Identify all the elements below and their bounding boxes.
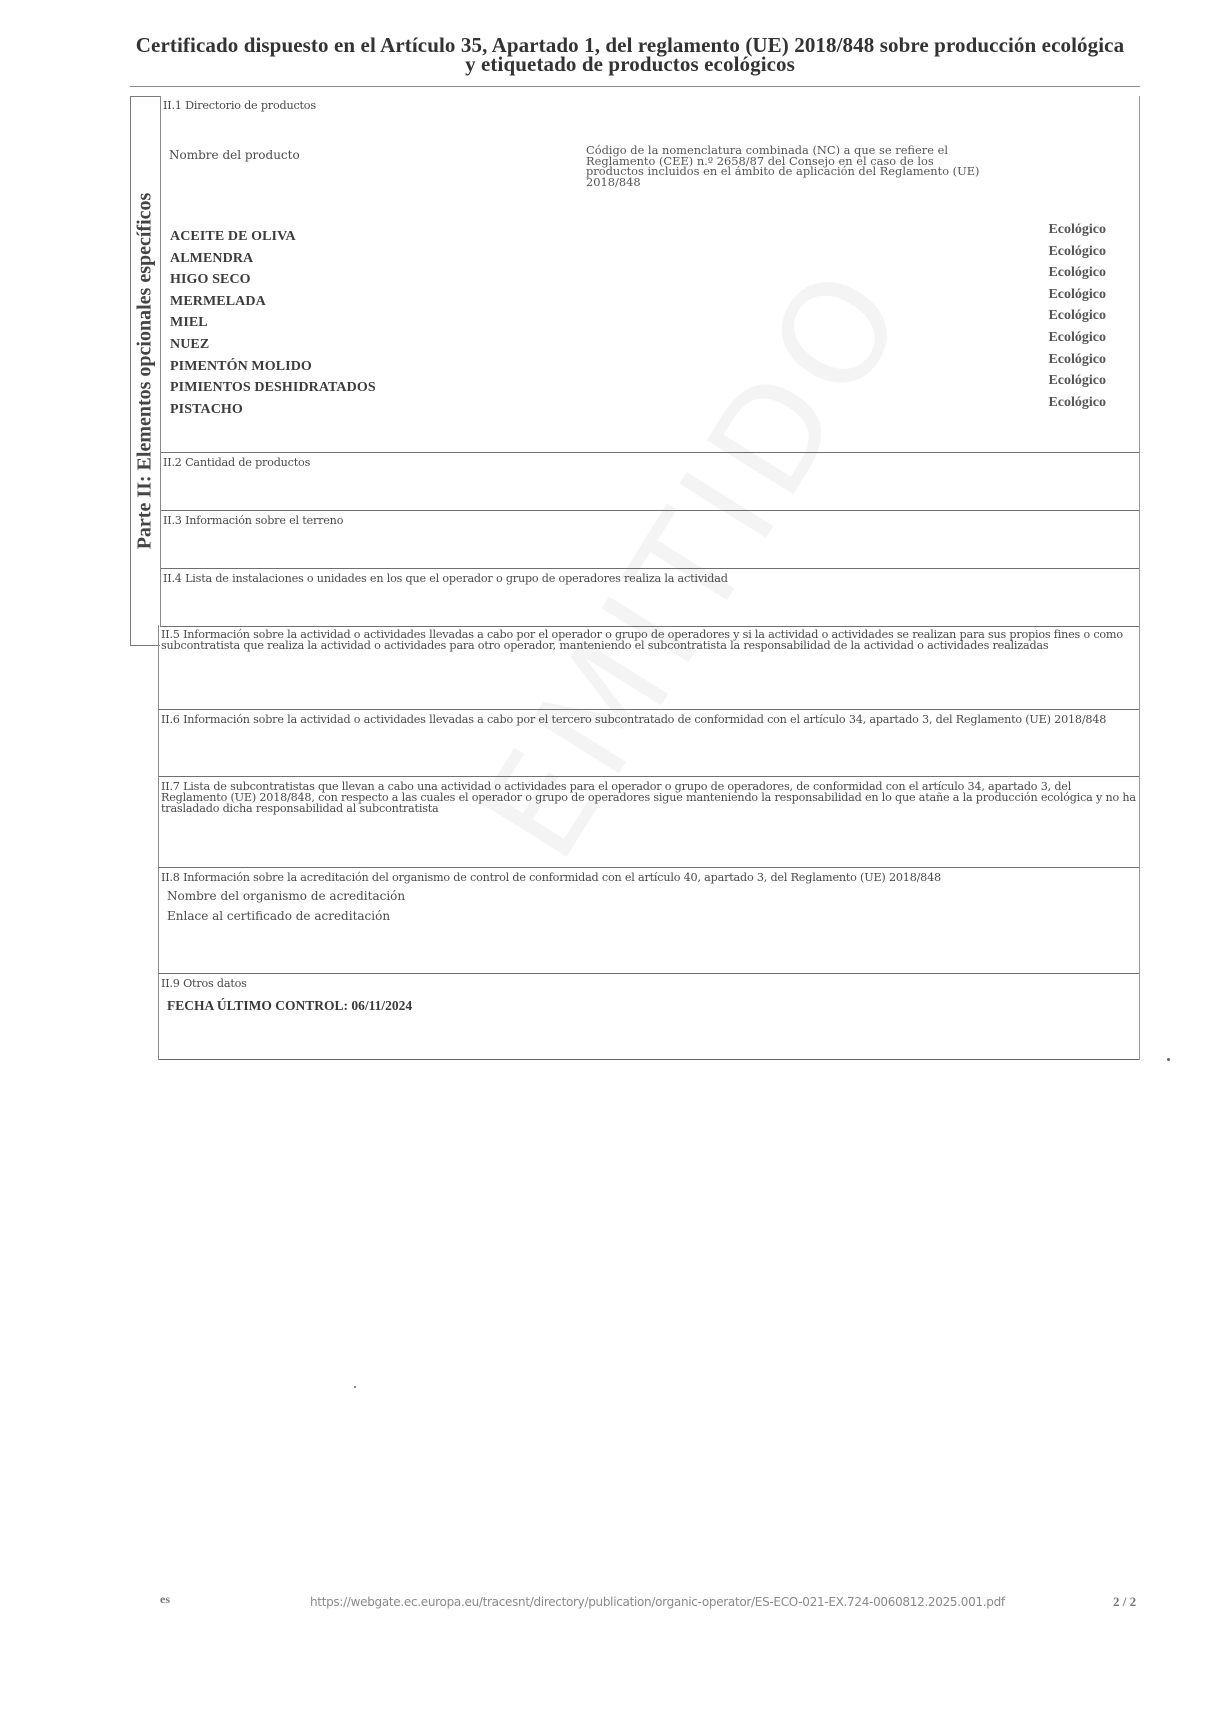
product-status: Ecológico: [1048, 395, 1106, 411]
product-status: Ecológico: [1048, 330, 1106, 346]
page-title: Certificado dispuesto en el Artículo 35,…: [130, 36, 1130, 74]
product-status: Ecológico: [1048, 373, 1106, 389]
product-name: ACEITE DE OLIVA: [170, 229, 296, 244]
section-label: II.8 Información sobre la acreditación d…: [159, 868, 1139, 883]
product-status: Ecológico: [1048, 244, 1106, 260]
product-status: Ecológico: [1048, 265, 1106, 281]
column-header-nc-code: Código de la nomenclatura combinada (NC)…: [586, 145, 986, 187]
title-divider: [130, 86, 1140, 87]
section-ii-1: II.1 Directorio de productos Nombre del …: [161, 96, 1139, 453]
column-header-product-name: Nombre del producto: [169, 148, 300, 162]
scan-speck: [1167, 1058, 1170, 1061]
section-ii-2: II.2 Cantidad de productos: [161, 453, 1139, 511]
product-name: ALMENDRA: [170, 251, 253, 266]
product-status: Ecológico: [1048, 287, 1106, 303]
product-row: HIGO SECOEcológico: [170, 268, 1130, 290]
section-ii-9: II.9 Otros datos FECHA ÚLTIMO CONTROL: 0…: [159, 974, 1139, 1060]
footer-language: es: [160, 1592, 170, 1607]
product-name: PIMIENTOS DESHIDRATADOS: [170, 380, 376, 395]
product-row: MIELEcológico: [170, 311, 1130, 333]
scan-speck: [354, 1386, 356, 1388]
accreditation-body-name: Nombre del organismo de acreditación: [159, 889, 1139, 903]
accreditation-certificate-link: Enlace al certificado de acreditación: [159, 909, 1139, 923]
part-ii-side-label: Parte II: Elementos opcionales específic…: [134, 193, 157, 550]
product-row: PISTACHOEcológico: [170, 398, 1130, 420]
section-ii-7: II.7 Lista de subcontratistas que llevan…: [159, 777, 1139, 868]
section-label: II.1 Directorio de productos: [161, 96, 1139, 111]
section-ii-8: II.8 Información sobre la acreditación d…: [159, 868, 1139, 974]
product-status: Ecológico: [1048, 308, 1106, 324]
section-label: II.2 Cantidad de productos: [161, 453, 1139, 468]
product-name: HIGO SECO: [170, 272, 251, 287]
product-name: NUEZ: [170, 337, 209, 352]
product-name: PISTACHO: [170, 402, 243, 417]
section-ii-3: II.3 Información sobre el terreno: [161, 511, 1139, 569]
product-row: MERMELADAEcológico: [170, 290, 1130, 312]
product-row: NUEZEcológico: [170, 333, 1130, 355]
product-name: MIEL: [170, 315, 208, 330]
product-row: ACEITE DE OLIVAEcológico: [170, 225, 1130, 247]
last-control-date: FECHA ÚLTIMO CONTROL: 06/11/2024: [159, 998, 1139, 1014]
product-row: PIMENTÓN MOLIDOEcológico: [170, 355, 1130, 377]
section-label: II.3 Información sobre el terreno: [161, 511, 1139, 526]
certificate-table-upper: II.1 Directorio de productos Nombre del …: [160, 96, 1140, 627]
product-list: ACEITE DE OLIVAEcológicoALMENDRAEcológic…: [170, 225, 1130, 419]
section-label: II.4 Lista de instalaciones o unidades e…: [161, 569, 1139, 584]
product-status: Ecológico: [1048, 222, 1106, 238]
certificate-table-lower: II.5 Información sobre la actividad o ac…: [158, 625, 1140, 1060]
section-label: II.6 Información sobre la actividad o ac…: [159, 710, 1139, 725]
product-row: ALMENDRAEcológico: [170, 247, 1130, 269]
section-label: II.9 Otros datos: [159, 974, 1139, 989]
page-number: 2 / 2: [1113, 1594, 1136, 1610]
product-name: PIMENTÓN MOLIDO: [170, 359, 312, 374]
footer-source-url[interactable]: https://webgate.ec.europa.eu/tracesnt/di…: [310, 1595, 1005, 1609]
section-label: II.7 Lista de subcontratistas que llevan…: [159, 777, 1139, 814]
section-ii-5: II.5 Información sobre la actividad o ac…: [159, 625, 1139, 710]
product-name: MERMELADA: [170, 294, 266, 309]
product-status: Ecológico: [1048, 352, 1106, 368]
product-row: PIMIENTOS DESHIDRATADOSEcológico: [170, 376, 1130, 398]
section-ii-4: II.4 Lista de instalaciones o unidades e…: [161, 569, 1139, 627]
section-label: II.5 Información sobre la actividad o ac…: [159, 625, 1139, 651]
section-ii-6: II.6 Información sobre la actividad o ac…: [159, 710, 1139, 777]
